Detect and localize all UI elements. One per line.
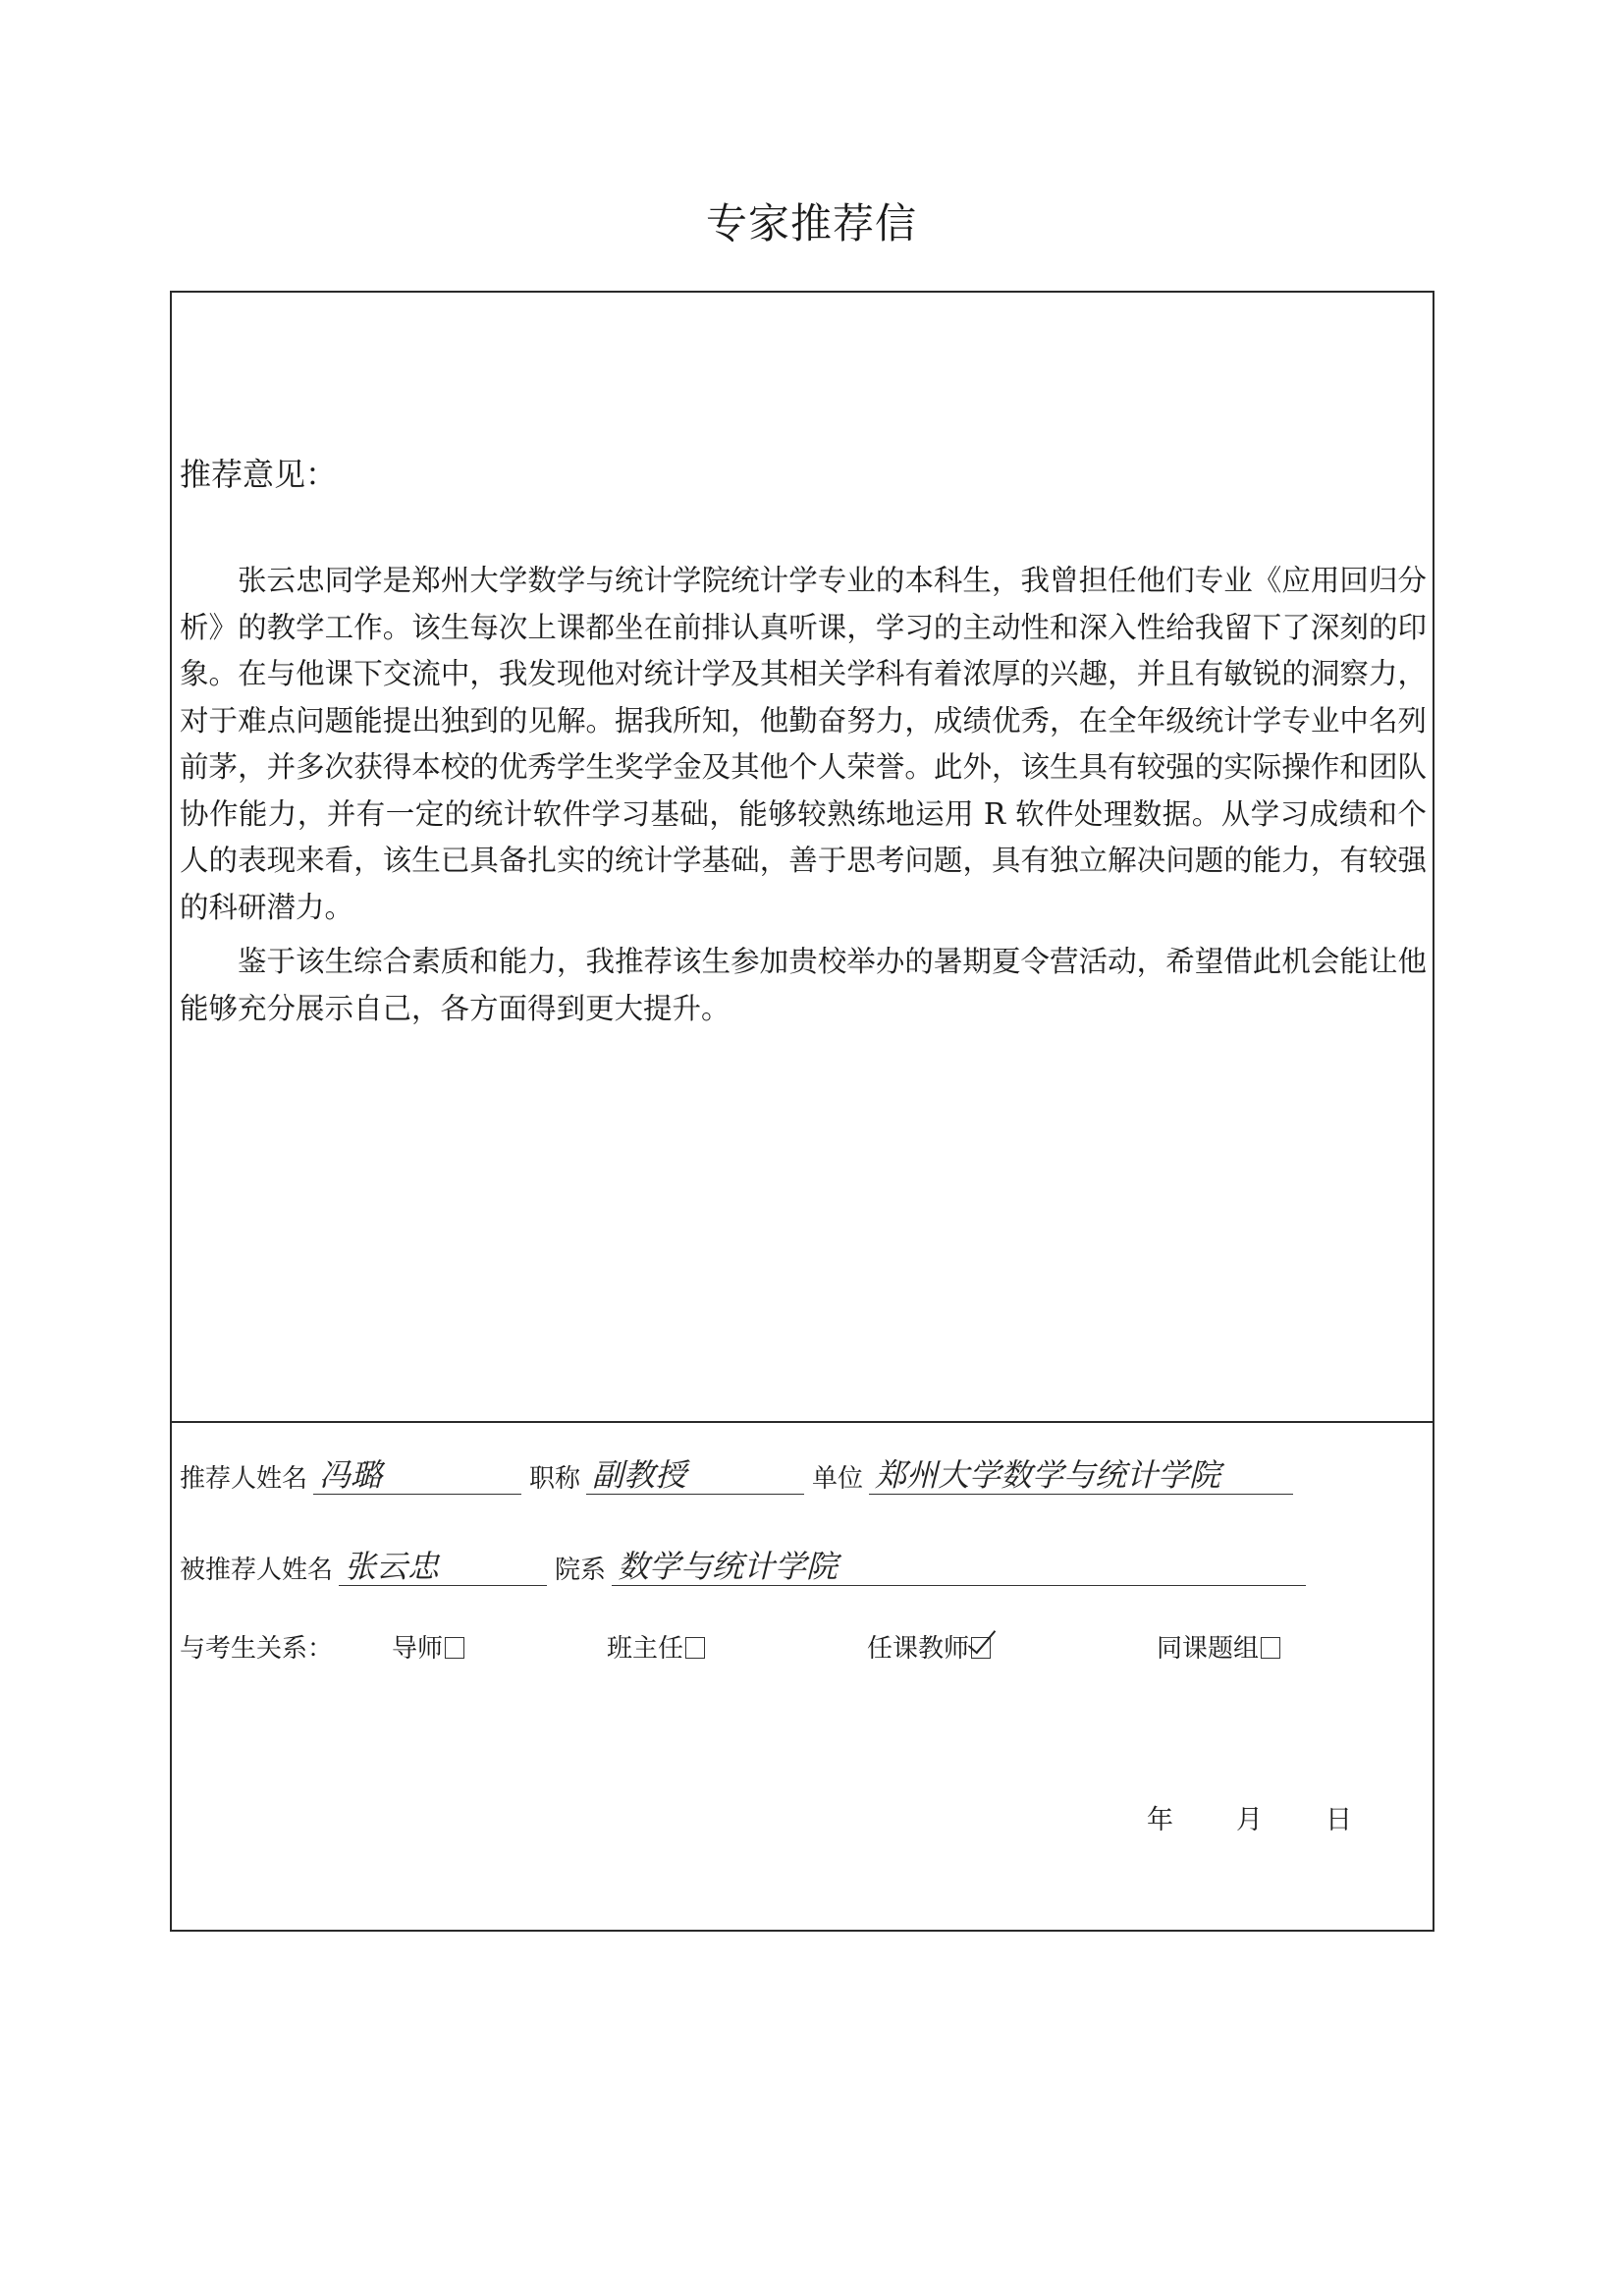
department-label: 院系 <box>555 1550 606 1586</box>
title-field[interactable]: 副教授 <box>586 1456 804 1495</box>
nominee-name-field[interactable]: 张云忠 <box>339 1548 547 1586</box>
checkbox-icon[interactable] <box>685 1637 705 1659</box>
relation-option-label: 同课题组 <box>1157 1634 1259 1664</box>
opinion-label: 推荐意见： <box>180 450 337 495</box>
date-month: 月 <box>1236 1798 1263 1836</box>
paragraph-1: 张云忠同学是郑州大学数学与统计学院统计学专业的本科生，我曾担任他们专业《应用回归… <box>180 558 1427 931</box>
relation-option-label: 导师 <box>392 1634 443 1664</box>
checkbox-checked-icon[interactable] <box>971 1637 991 1659</box>
nominee-info-row: 被推荐人姓名 张云忠 院系 数学与统计学院 <box>180 1548 1314 1586</box>
relation-option-course-teacher[interactable]: 任课教师 <box>867 1628 991 1665</box>
recommender-name-field[interactable]: 冯璐 <box>313 1456 521 1495</box>
relation-row: 与考生关系： 导师 班主任 任课教师 同课题组 <box>180 1628 1427 1667</box>
recommender-name-label: 推荐人姓名 <box>180 1458 307 1495</box>
title-label: 职称 <box>529 1458 580 1495</box>
date-year: 年 <box>1147 1798 1173 1836</box>
recommendation-form-box: 推荐意见： 张云忠同学是郑州大学数学与统计学院统计学专业的本科生，我曾担任他们专… <box>170 291 1434 1932</box>
department-field[interactable]: 数学与统计学院 <box>612 1548 1306 1586</box>
checkbox-icon[interactable] <box>1261 1637 1280 1659</box>
relation-option-research-group[interactable]: 同课题组 <box>1157 1628 1280 1665</box>
section-divider <box>172 1421 1433 1423</box>
relation-option-label: 任课教师 <box>867 1634 969 1664</box>
relation-label: 与考生关系： <box>180 1628 333 1665</box>
recommendation-body: 张云忠同学是郑州大学数学与统计学院统计学专业的本科生，我曾担任他们专业《应用回归… <box>180 558 1427 1040</box>
relation-option-label: 班主任 <box>607 1634 683 1664</box>
paragraph-2: 鉴于该生综合素质和能力，我推荐该生参加贵校举办的暑期夏令营活动，希望借此机会能让… <box>180 939 1427 1032</box>
nominee-name-label: 被推荐人姓名 <box>180 1550 333 1586</box>
unit-field[interactable]: 郑州大学数学与统计学院 <box>869 1456 1293 1495</box>
checkbox-icon[interactable] <box>445 1637 464 1659</box>
page-title: 专家推荐信 <box>0 191 1623 250</box>
unit-label: 单位 <box>812 1458 863 1495</box>
recommender-info-row: 推荐人姓名 冯璐 职称 副教授 单位 郑州大学数学与统计学院 <box>180 1456 1301 1495</box>
relation-option-head-teacher[interactable]: 班主任 <box>607 1628 705 1665</box>
date-day: 日 <box>1325 1798 1352 1836</box>
relation-option-advisor[interactable]: 导师 <box>392 1628 464 1665</box>
